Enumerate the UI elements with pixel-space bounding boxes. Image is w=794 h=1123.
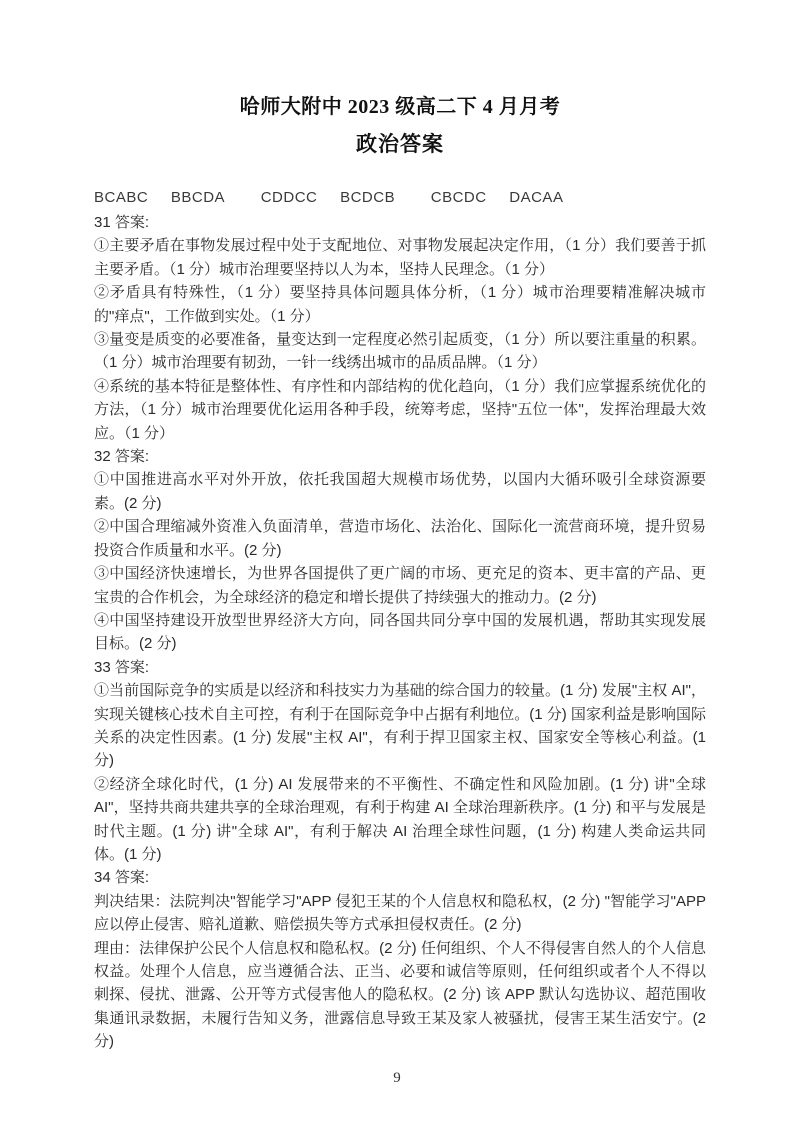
section-31-heading: 31 答案:	[94, 211, 706, 234]
page-number: 9	[0, 1070, 794, 1087]
answer-group-5: CBCDC	[431, 189, 487, 206]
section-question-32: 32 答案: ①中国推进高水平对外开放，依托我国超大规模市场优势，以国内大循环吸…	[94, 445, 706, 656]
answer-paragraph: ④系统的基本特征是整体性、有序性和内部结构的优化趋向，（1 分）我们应掌握系统优…	[94, 375, 706, 445]
section-34-heading: 34 答案:	[94, 866, 706, 889]
page-subtitle: 政治答案	[94, 132, 706, 156]
answer-paragraph: ②矛盾具有特殊性，（1 分）要坚持具体问题具体分析，（1 分）城市治理要精准解决…	[94, 281, 706, 328]
answer-group-4: BCDCB	[340, 189, 395, 206]
answer-paragraph: ③量变是质变的必要准备，量变达到一定程度必然引起质变，（1 分）所以要注重量的积…	[94, 328, 706, 375]
section-question-34: 34 答案: 判决结果：法院判决"智能学习"APP 侵犯王某的个人信息权和隐私权…	[94, 866, 706, 1053]
answer-paragraph: ②中国合理缩减外资准入负面清单，营造市场化、法治化、国际化一流营商环境，提升贸易…	[94, 515, 706, 562]
answer-group-6: DACAA	[509, 189, 563, 206]
answer-group-1: BCABC	[94, 189, 148, 206]
document-content: 哈师大附中 2023 级高二下 4 月月考 政治答案 BCABC BBCDA C…	[94, 95, 706, 1054]
answer-group-3: CDDCC	[261, 189, 318, 206]
answer-group-2: BBCDA	[171, 189, 225, 206]
answer-paragraph: 判决结果：法院判决"智能学习"APP 侵犯王某的个人信息权和隐私权，(2 分) …	[94, 890, 706, 937]
answer-paragraph: ①当前国际竞争的实质是以经济和科技实力为基础的综合国力的较量。(1 分) 发展"…	[94, 679, 706, 773]
section-question-31: 31 答案: ①主要矛盾在事物发展过程中处于支配地位、对事物发展起决定作用，（1…	[94, 211, 706, 445]
document-page: 哈师大附中 2023 级高二下 4 月月考 政治答案 BCABC BBCDA C…	[0, 0, 794, 1123]
section-33-heading: 33 答案:	[94, 656, 706, 679]
answer-paragraph: ①主要矛盾在事物发展过程中处于支配地位、对事物发展起决定作用，（1 分）我们要善…	[94, 234, 706, 281]
answer-paragraph: ①中国推进高水平对外开放，依托我国超大规模市场优势，以国内大循环吸引全球资源要素…	[94, 468, 706, 515]
page-title: 哈师大附中 2023 级高二下 4 月月考	[94, 95, 706, 119]
answer-paragraph: ②经济全球化时代，(1 分) AI 发展带来的不平衡性、不确定性和风险加剧。(1…	[94, 773, 706, 867]
section-question-33: 33 答案: ①当前国际竞争的实质是以经济和科技实力为基础的综合国力的较量。(1…	[94, 656, 706, 867]
answer-paragraph: ③中国经济快速增长，为世界各国提供了更广阔的市场、更充足的资本、更丰富的产品、更…	[94, 562, 706, 609]
section-32-heading: 32 答案:	[94, 445, 706, 468]
answer-paragraph: ④中国坚持建设开放型世界经济大方向，同各国共同分享中国的发展机遇，帮助其实现发展…	[94, 609, 706, 656]
answer-paragraph: 理由：法律保护公民个人信息权和隐私权。(2 分) 任何组织、个人不得侵害自然人的…	[94, 937, 706, 1054]
multiple-choice-answer-key: BCABC BBCDA CDDCC BCDCB CBCDC DACAA	[94, 189, 706, 207]
